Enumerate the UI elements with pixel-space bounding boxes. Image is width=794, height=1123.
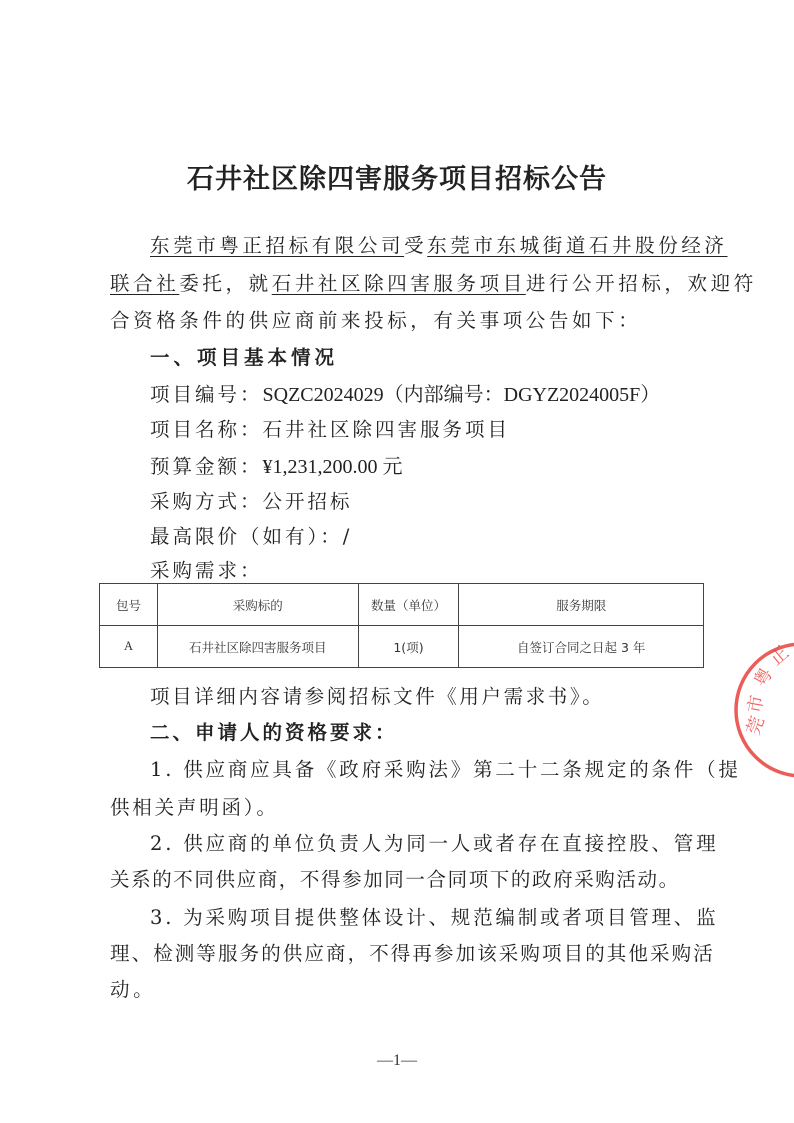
field-value: ¥1,231,200.00 元: [263, 456, 403, 478]
field-project-number: 项目编号：SQZC2024029（内部编号：DGYZ2024005F）: [150, 378, 660, 407]
cell-quantity: 1(项): [358, 626, 459, 668]
intro-line-3: 合资格条件的供应商前来投标，有关事项公告如下：: [110, 305, 641, 333]
field-label: 预算金额：: [150, 455, 263, 478]
cell-service-period: 自签订合同之日起 3 年: [459, 626, 704, 668]
requirement-2-line-1: 2. 供应商的单位负责人为同一人或者存在直接控股、管理: [150, 828, 718, 856]
header-subject: 采购标的: [157, 584, 358, 626]
requirement-3-line-3: 动。: [110, 974, 156, 1002]
cell-package-no: A: [100, 626, 158, 668]
client-name-part1: 东莞市东城街道石井股份经济: [427, 234, 727, 257]
intro-line-1: 东莞市粤正招标有限公司受东莞市东城街道石井股份经济: [150, 230, 728, 258]
entrusted-by: 受: [404, 234, 427, 257]
header-service-period: 服务期限: [459, 584, 704, 626]
field-procurement-method: 采购方式：公开招标: [150, 486, 353, 514]
requirements-table: 包号 采购标的 数量（单位） 服务期限 A 石井社区除四害服务项目 1(项) 自…: [99, 583, 704, 668]
svg-text:莞: 莞: [743, 714, 769, 738]
requirement-1-line-1: 1. 供应商应具备《政府采购法》第二十二条规定的条件（提: [150, 754, 741, 782]
table-row: A 石井社区除四害服务项目 1(项) 自签订合同之日起 3 年: [100, 626, 704, 668]
field-value: /: [343, 525, 353, 548]
table-header-row: 包号 采购标的 数量（单位） 服务期限: [100, 584, 704, 626]
page-number: —1—: [0, 1052, 794, 1070]
field-value: SQZC2024029（内部编号：DGYZ2024005F）: [263, 384, 661, 406]
field-label: 项目编号：: [150, 383, 263, 406]
field-project-name: 项目名称：石井社区除四害服务项目: [150, 414, 510, 442]
requirement-1-line-2: 供相关声明函）。: [110, 792, 279, 820]
requirements-note: 项目详细内容请参阅招标文件《用户需求书》。: [150, 681, 604, 709]
entrust-text: 委托，就: [179, 272, 271, 295]
agency-name: 东莞市粤正招标有限公司: [150, 234, 404, 257]
field-label: 采购需求：: [150, 559, 263, 582]
project-name-inline: 石井社区除四害服务项目: [272, 272, 526, 295]
field-label: 最高限价（如有）：: [150, 525, 343, 548]
page-title: 石井社区除四害服务项目招标公告: [0, 157, 794, 196]
field-requirements: 采购需求：: [150, 555, 263, 583]
field-value: 石井社区除四害服务项目: [263, 418, 511, 441]
header-package-no: 包号: [100, 584, 158, 626]
client-name-part2: 联合社: [110, 272, 179, 295]
svg-text:市: 市: [744, 693, 768, 714]
field-max-price: 最高限价（如有）：/: [150, 521, 352, 549]
svg-text:粤: 粤: [750, 664, 777, 690]
field-label: 采购方式：: [150, 490, 263, 513]
field-budget: 预算金额：¥1,231,200.00 元: [150, 450, 403, 479]
field-label: 项目名称：: [150, 418, 263, 441]
section1-heading: 一、项目基本情况: [150, 342, 338, 370]
requirement-3-line-1: 3. 为采购项目提供整体设计、规范编制或者项目管理、监: [150, 902, 718, 930]
requirement-2-line-2: 关系的不同供应商，不得参加同一合同项下的政府采购活动。: [110, 864, 680, 892]
intro-rest: 进行公开招标，欢迎符: [526, 272, 757, 295]
cell-subject: 石井社区除四害服务项目: [157, 626, 358, 668]
header-quantity: 数量（单位）: [358, 584, 459, 626]
field-value: 公开招标: [263, 490, 353, 513]
requirement-3-line-2: 理、检测等服务的供应商，不得再参加该采购项目的其他采购活: [110, 938, 715, 966]
company-seal-icon: 莞 市 粤 正: [730, 638, 794, 782]
section2-heading: 二、申请人的资格要求：: [150, 717, 398, 745]
intro-line-2: 联合社委托，就石井社区除四害服务项目进行公开招标，欢迎符: [110, 268, 757, 296]
